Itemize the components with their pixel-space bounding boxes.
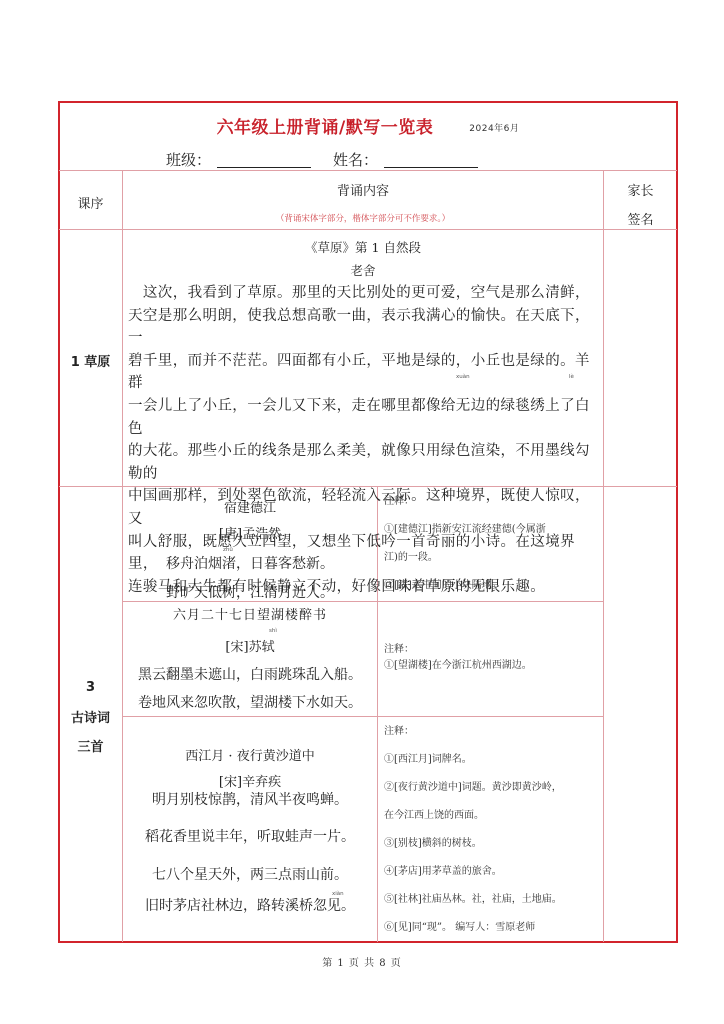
poem-title: 西江月 · 夜行黄沙道中 bbox=[123, 745, 377, 764]
pinyin-annotation: shì bbox=[269, 628, 277, 634]
note-item: ③[别枝]横斜的树枝。 bbox=[384, 837, 482, 851]
poem-line: 黑云翻墨未遮山，白雨跳珠乱入船。 bbox=[123, 664, 377, 684]
notes-label: 注释： bbox=[384, 643, 414, 657]
passage-line: 这次，我看到了草原。那里的天比别处的更可爱，空气是那么清鲜， bbox=[128, 282, 600, 305]
lesson-number: 3 bbox=[59, 680, 122, 695]
header-lesson: 课序 bbox=[59, 193, 122, 212]
divider bbox=[603, 171, 604, 942]
note-item: ②[渚]水中间的小块陆地。 bbox=[384, 579, 502, 593]
divider bbox=[59, 229, 677, 230]
passage-line: 的大花。那些小丘的线条是那么柔美，就像只用绿色渲染，不用墨线勾勒的 bbox=[128, 440, 600, 485]
lesson-label: 三首 bbox=[59, 736, 122, 755]
name-input-blank[interactable] bbox=[384, 153, 478, 168]
note-item: ④[茅店]用茅草盖的旅舍。 bbox=[384, 865, 502, 879]
note-item: 江)的一段。 bbox=[384, 551, 438, 565]
passage-line: 碧千里，而并不茫茫。四面都有小丘，平地是绿的，小丘也是绿的。羊群 bbox=[128, 350, 600, 395]
poem-author: [宋]苏轼 bbox=[123, 636, 377, 655]
class-label: 班级： bbox=[166, 151, 211, 169]
note-item: ⑥[见]同“现”。 编写人：雪原老师 bbox=[384, 921, 535, 935]
note-item: ①[建德江]指新安江流经建德(今属浙 bbox=[384, 523, 546, 537]
note-item: ⑤[社林]社庙丛林。社，社庙，土地庙。 bbox=[384, 893, 562, 907]
poem-title: 宿建德江 bbox=[123, 497, 377, 516]
date-text: 2024年6月 bbox=[469, 124, 519, 134]
student-info-line: 班级：姓名： bbox=[166, 149, 478, 170]
poem-line: 七八个星天外，两三点雨山前。 bbox=[123, 864, 377, 884]
pinyin-annotation: xuàn bbox=[456, 374, 470, 380]
passage-title: 《草原》第 1 自然段 bbox=[123, 238, 603, 256]
header-content: 背诵内容 bbox=[123, 180, 603, 199]
passage-line: 一会儿上了小丘，一会儿又下来，走在哪里都像给无边的绿毯绣上了白色 bbox=[128, 395, 600, 440]
poem-author: [宋]辛弃疾 bbox=[123, 771, 377, 790]
poem-line: 旧时茅店社林边，路转溪桥忽见。 bbox=[123, 895, 377, 915]
page-number: 第 1 页 共 8 页 bbox=[0, 954, 724, 969]
header-parent-sign-1: 家长 bbox=[604, 180, 677, 199]
poem-title: 六月二十七日望湖楼醉书 bbox=[123, 604, 377, 623]
note-item: ②[夜行黄沙道中]词题。黄沙即黄沙岭， bbox=[384, 781, 562, 795]
divider bbox=[59, 170, 677, 171]
pinyin-annotation: xiàn bbox=[332, 891, 344, 897]
poem-line: 移舟泊烟渚，日暮客愁新。 bbox=[123, 553, 377, 573]
lesson-label: 1 草原 bbox=[59, 351, 122, 370]
passage-author: 老舍 bbox=[123, 261, 603, 279]
pinyin-annotation: lè bbox=[569, 374, 574, 380]
divider bbox=[123, 716, 603, 717]
poem-line: 野旷天低树，江清月近人。 bbox=[123, 582, 377, 602]
poem-line: 明月别枝惊鹊，清风半夜鸣蝉。 bbox=[123, 789, 377, 809]
note-item: ①[西江月]词牌名。 bbox=[384, 753, 472, 767]
document-title: 六年级上册背诵/默写一览表2024年6月 bbox=[58, 113, 678, 138]
note-item: ①[望湖楼]在今浙江杭州西湖边。 bbox=[384, 659, 532, 673]
pinyin-annotation: zhǔ bbox=[223, 547, 233, 553]
lesson-label: 古诗词 bbox=[59, 707, 122, 726]
document-page: 六年级上册背诵/默写一览表2024年6月 班级：姓名： 课序 背诵内容 （背诵宋… bbox=[0, 0, 724, 1024]
poem-author: [唐]孟浩然 bbox=[123, 523, 377, 542]
name-label: 姓名： bbox=[333, 151, 378, 169]
poem-line: 稻花香里说丰年，听取蛙声一片。 bbox=[123, 826, 377, 846]
header-parent-sign-2: 签名 bbox=[604, 209, 677, 228]
passage-body: 这次，我看到了草原。那里的天比别处的更可爱，空气是那么清鲜， 天空是那么明朗，使… bbox=[128, 282, 600, 598]
class-input-blank[interactable] bbox=[217, 153, 311, 168]
header-content-note: （背诵宋体字部分，楷体字部分可不作要求。） bbox=[123, 212, 603, 224]
notes-label: 注释： bbox=[384, 725, 414, 739]
note-item: 在今江西上饶的西面。 bbox=[384, 809, 484, 823]
title-text: 六年级上册背诵/默写一览表 bbox=[217, 118, 434, 138]
passage-line: 天空是那么明朗，使我总想高歌一曲，表示我满心的愉快。在天底下，一 bbox=[128, 305, 600, 350]
poem-line: 卷地风来忽吹散，望湖楼下水如天。 bbox=[123, 692, 377, 712]
notes-label: 注释： bbox=[384, 495, 414, 509]
